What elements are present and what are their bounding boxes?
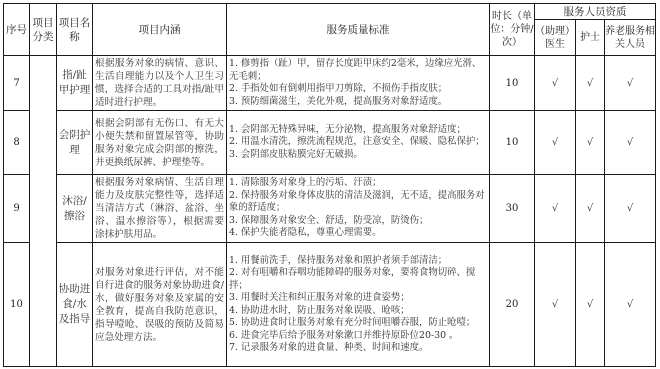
row-seq: 7 bbox=[4, 56, 30, 111]
row-content: 根据服务对象的病情、意识、生活自理能力以及个人卫生习惯，选择合适的工具对指/趾甲… bbox=[93, 56, 227, 111]
standard-item: 2. 对有咀嚼和吞咽功能障碍的服务对象，要将食物切碎、搅拌； bbox=[229, 267, 487, 292]
table-row: 8 会阴护理 根据会阴部有无伤口、有无大小便失禁和留置尿管等，协助服务对象完成会… bbox=[4, 111, 656, 175]
standard-item: 2. 手指处如有倒刺用指甲刀剪除，不损伤手指皮肤； bbox=[229, 83, 487, 96]
row-name: 沐浴/擦浴 bbox=[57, 175, 93, 243]
row-standards: 1. 清除服务对象身上的污垢、汗渍； 2. 保持服务对象身体皮肤的清洁及滋润，无… bbox=[227, 175, 490, 243]
row-category bbox=[30, 56, 57, 367]
standard-item: 4. 协助进水时，防止服务对象误吸、呛咳； bbox=[229, 305, 487, 318]
row-content: 根据服务对象病情、生活自理能力及皮肤完整性等，选择适当清洁方式（淋浴、盆浴、坐浴… bbox=[93, 175, 227, 243]
standard-item: 7. 记录服务对象的进食量、种类、时间和速度。 bbox=[229, 342, 487, 355]
standard-item: 3. 保障服务对象安全、舒适，防受凉，防烫伤； bbox=[229, 215, 487, 228]
header-staff-doctor: （助理）医生 bbox=[535, 20, 576, 56]
header-standard: 服务质量标准 bbox=[227, 4, 490, 56]
row-seq: 8 bbox=[4, 111, 30, 175]
row-content: 对服务对象进行评估，对不能自行进食的服务对象协助进食/水，做好服务对象及家属的安… bbox=[93, 243, 227, 367]
standard-item: 4. 保护失能者隐私，尊重心理需要。 bbox=[229, 227, 487, 240]
standard-item: 1. 清除服务对象身上的污垢、汗渍； bbox=[229, 177, 487, 190]
header-duration: 时长（单位：分钟/次） bbox=[490, 4, 535, 56]
check-elderly: √ bbox=[605, 243, 656, 367]
check-doctor: √ bbox=[535, 175, 576, 243]
standard-item: 3. 会阴部皮肤粘膜完好无破损。 bbox=[229, 149, 487, 162]
row-standards: 1. 用餐前洗手，保持服务对象和照护者须手部清洁； 2. 对有咀嚼和吞咽功能障碍… bbox=[227, 243, 490, 367]
standard-item: 1. 用餐前洗手，保持服务对象和照护者须手部清洁； bbox=[229, 255, 487, 268]
header-seq: 序号 bbox=[4, 4, 30, 56]
standard-item: 3. 预防细菌滋生，美化外观，提高服务对象舒适度。 bbox=[229, 96, 487, 109]
standard-item: 5. 协助进食时让服务对象有充分时间咀嚼吞服，防止呛噎； bbox=[229, 317, 487, 330]
check-elderly: √ bbox=[605, 56, 656, 111]
service-items-table: 序号 项目分类 项目名称 项目内涵 服务质量标准 时长（单位：分钟/次） 服务人… bbox=[3, 3, 656, 367]
check-nurse: √ bbox=[576, 243, 605, 367]
row-name: 协助进食/水及指导 bbox=[57, 243, 93, 367]
header-content: 项目内涵 bbox=[93, 4, 227, 56]
row-duration: 10 bbox=[490, 111, 535, 175]
check-nurse: √ bbox=[576, 111, 605, 175]
check-doctor: √ bbox=[535, 111, 576, 175]
header-name: 项目名称 bbox=[57, 4, 93, 56]
row-duration: 10 bbox=[490, 56, 535, 111]
header-staff-elderly: 养老服务相关人员 bbox=[605, 20, 656, 56]
row-standards: 1. 修剪指（趾）甲，留存长度距甲床约2毫米，边缘应光滑、无毛刺； 2. 手指处… bbox=[227, 56, 490, 111]
standard-item: 1. 修剪指（趾）甲，留存长度距甲床约2毫米，边缘应光滑、无毛刺； bbox=[229, 58, 487, 83]
header-category: 项目分类 bbox=[30, 4, 57, 56]
row-seq: 10 bbox=[4, 243, 30, 367]
standard-item: 6. 进食完毕后给予服务对象漱口并维持原卧位20-30 。 bbox=[229, 330, 487, 343]
check-nurse: √ bbox=[576, 175, 605, 243]
row-name: 会阴护理 bbox=[57, 111, 93, 175]
check-elderly: √ bbox=[605, 175, 656, 243]
table-row: 10 协助进食/水及指导 对服务对象进行评估，对不能自行进食的服务对象协助进食/… bbox=[4, 243, 656, 367]
table-row: 7 指/趾甲护理 根据服务对象的病情、意识、生活自理能力以及个人卫生习惯，选择合… bbox=[4, 56, 656, 111]
row-duration: 30 bbox=[490, 175, 535, 243]
row-seq: 9 bbox=[4, 175, 30, 243]
header-staff-nurse: 护士 bbox=[576, 20, 605, 56]
check-doctor: √ bbox=[535, 56, 576, 111]
table-row: 9 沐浴/擦浴 根据服务对象病情、生活自理能力及皮肤完整性等，选择适当清洁方式（… bbox=[4, 175, 656, 243]
standard-item: 1. 会阴部无特殊异味，无分泌物，提高服务对象舒适度； bbox=[229, 124, 487, 137]
check-elderly: √ bbox=[605, 111, 656, 175]
standard-item: 2. 保持服务对象身体皮肤的清洁及滋润，无不适，提高服务对象的舒适度； bbox=[229, 190, 487, 215]
check-nurse: √ bbox=[576, 56, 605, 111]
standard-item: 2. 用温水清洗，擦洗流程规范，注意安全、保暖、隐私保护； bbox=[229, 136, 487, 149]
row-duration: 20 bbox=[490, 243, 535, 367]
row-standards: 1. 会阴部无特殊异味，无分泌物，提高服务对象舒适度； 2. 用温水清洗，擦洗流… bbox=[227, 111, 490, 175]
header-staff-group: 服务人员资质 bbox=[535, 4, 656, 20]
row-content: 根据会阴部有无伤口、有无大小便失禁和留置尿管等，协助服务对象完成会阴部的擦洗，并… bbox=[93, 111, 227, 175]
row-name: 指/趾甲护理 bbox=[57, 56, 93, 111]
check-doctor: √ bbox=[535, 243, 576, 367]
standard-item: 3. 用餐时关注和纠正服务对象的进食姿势； bbox=[229, 292, 487, 305]
